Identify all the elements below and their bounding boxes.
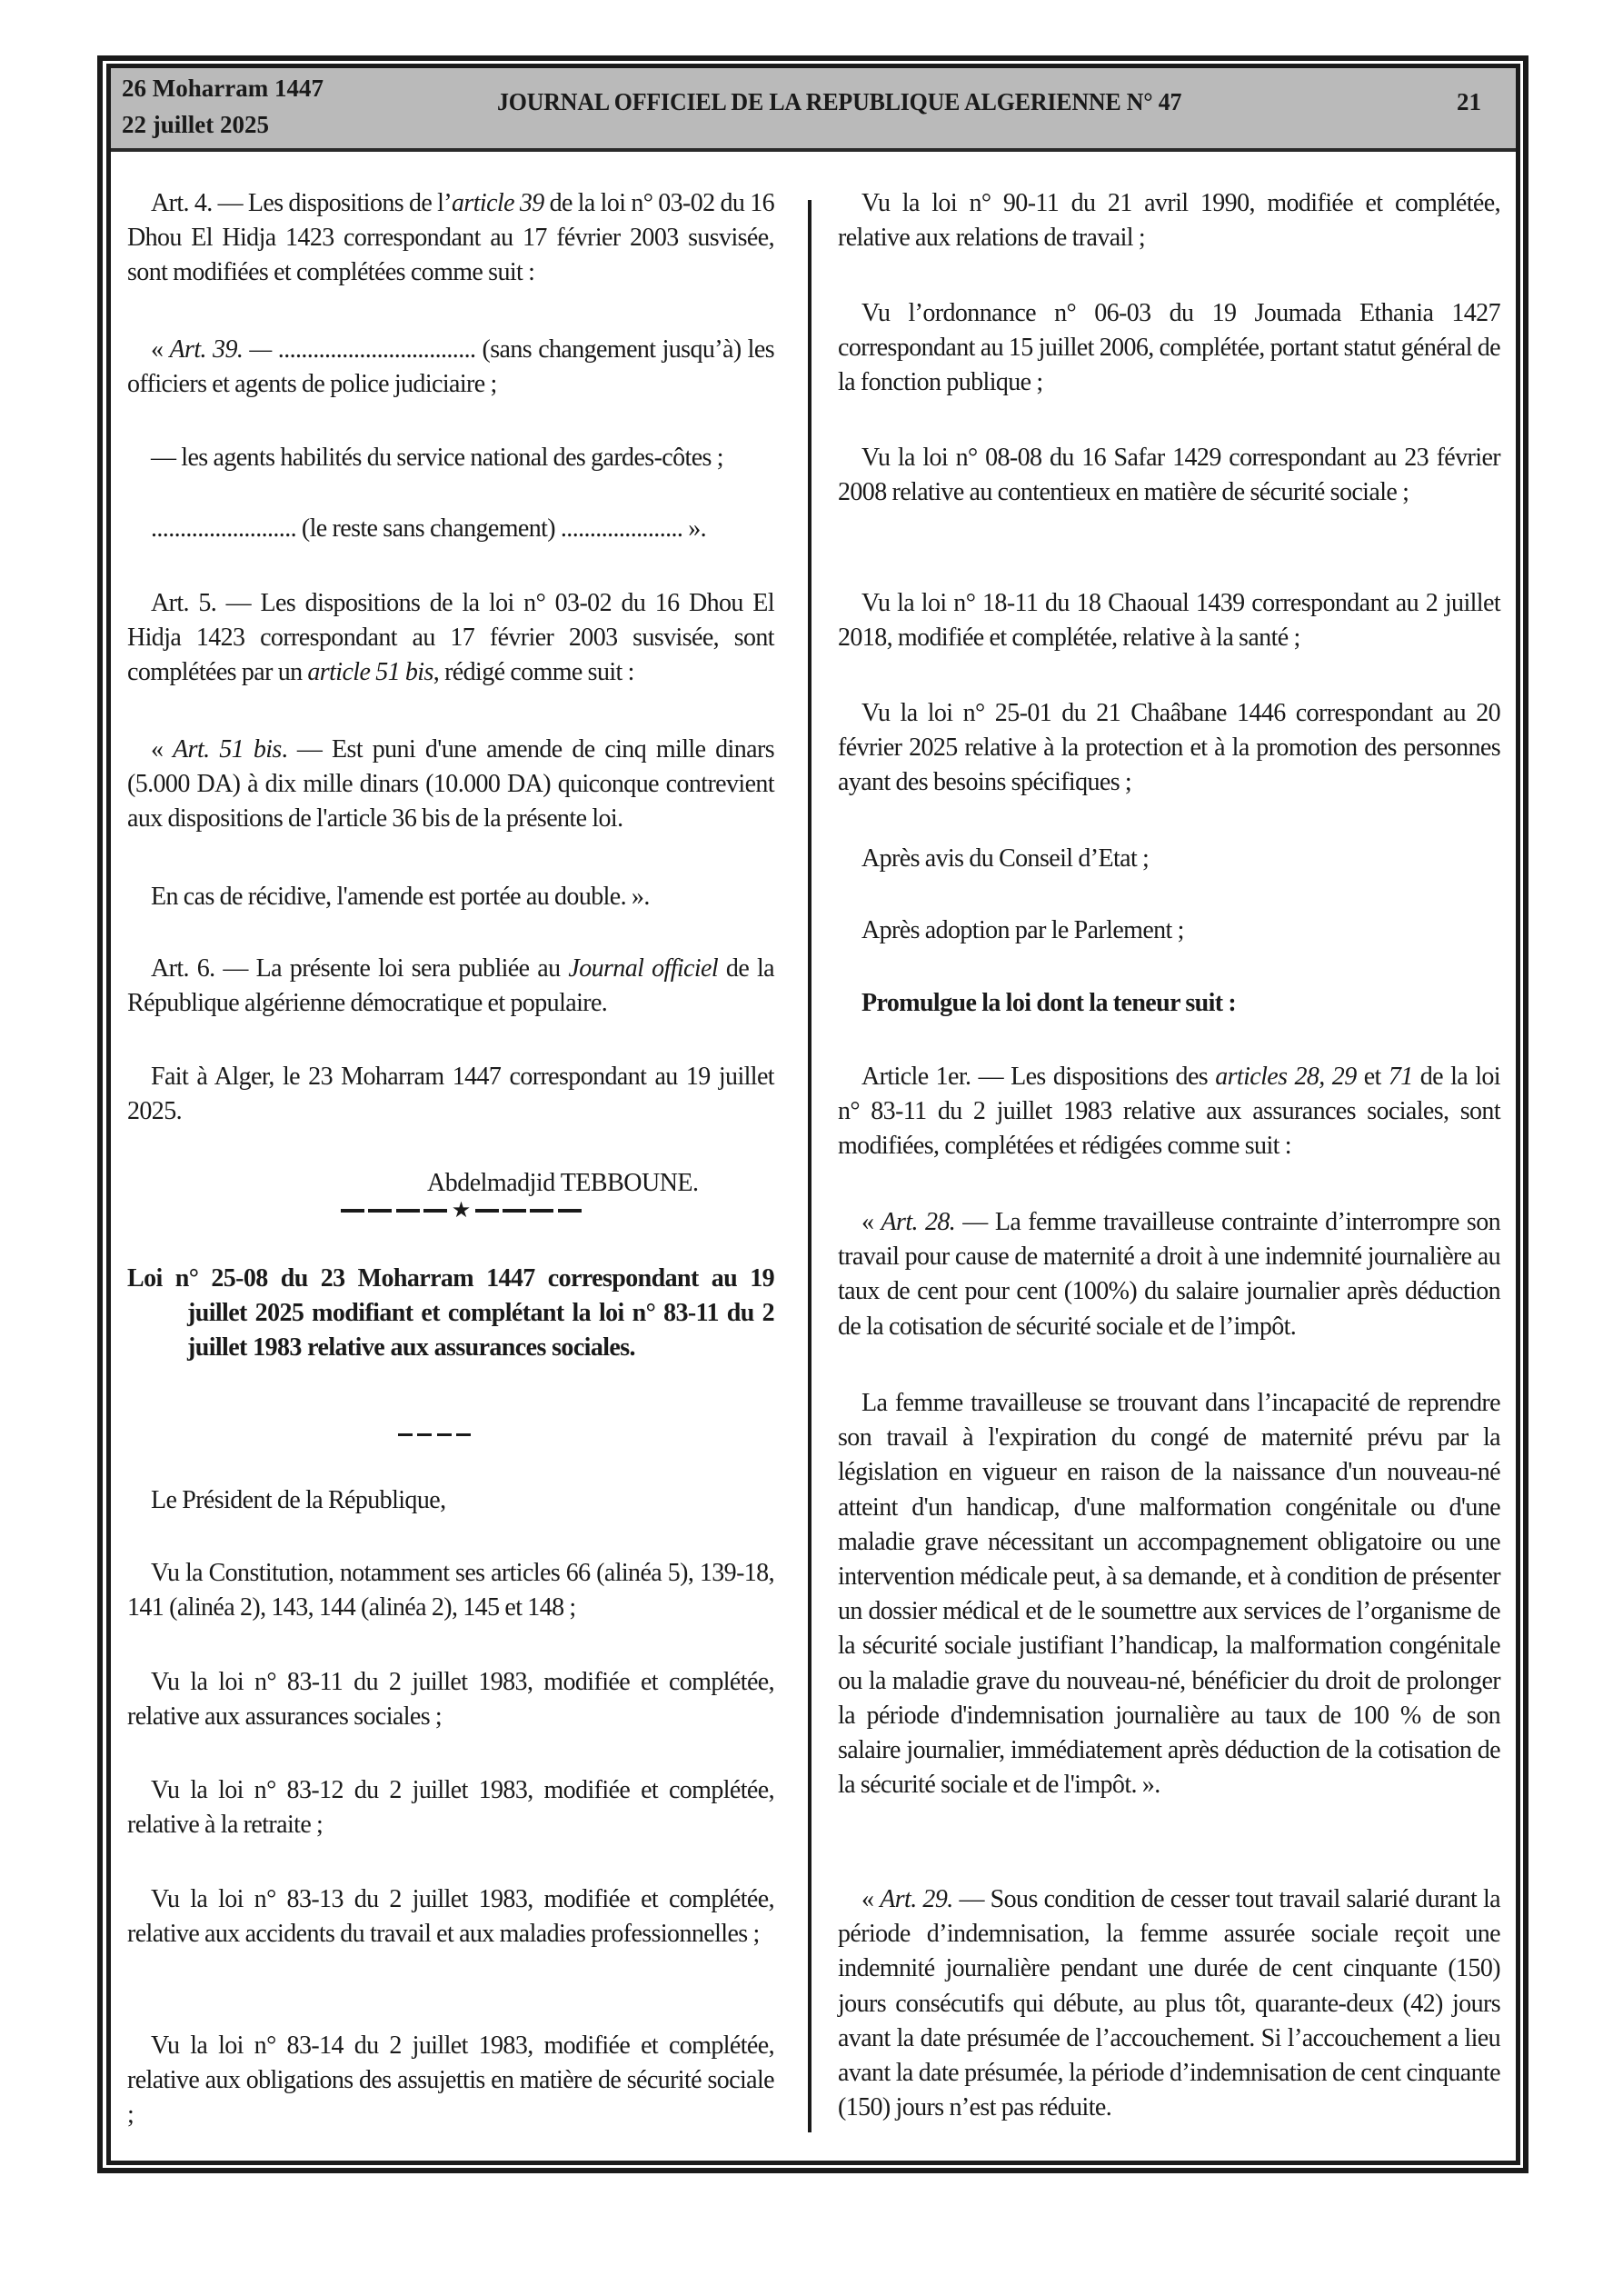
paragraph-vu-83-12: Vu la loi n° 83-12 du 2 juillet 1983, mo… [127, 1773, 774, 1842]
short-separator [398, 1433, 471, 1437]
paragraph-art28-extension: La femme travailleuse se trouvant dans l… [838, 1386, 1500, 1802]
paragraph-article-1: Article 1er. — Les dispositions des arti… [838, 1060, 1500, 1164]
paragraph-fait-a: Fait à Alger, le 23 Moharram 1447 corres… [127, 1060, 774, 1129]
paragraph-art5: Art. 5. — Les dispositions de la loi n° … [127, 586, 774, 691]
paragraph-parlement: Après adoption par le Parlement ; [838, 913, 1500, 948]
paragraph-recidive: En cas de récidive, l'amende est portée … [127, 880, 774, 914]
journal-header: 26 Moharram 1447 22 juillet 2025 JOURNAL… [111, 68, 1516, 152]
signature: Abdelmadjid TEBBOUNE. [427, 1169, 699, 1198]
paragraph-vu-08-08: Vu la loi n° 08-08 du 16 Safar 1429 corr… [838, 441, 1500, 510]
paragraph-vu-06-03: Vu l’ordonnance n° 06-03 du 19 Joumada E… [838, 296, 1500, 401]
paragraph-art39: « Art. 39. — ...........................… [127, 333, 774, 402]
paragraph-art39-rest: ......................... (le reste sans… [127, 512, 774, 546]
paragraph-vu-25-01: Vu la loi n° 25-01 du 21 Chaâbane 1446 c… [838, 696, 1500, 801]
page-number: 21 [1457, 88, 1481, 116]
paragraph-art29: « Art. 29. — Sous condition de cesser to… [838, 1882, 1500, 2125]
paragraph-vu-83-13: Vu la loi n° 83-13 du 2 juillet 1983, mo… [127, 1882, 774, 1952]
paragraph-art28: « Art. 28. — La femme travailleuse contr… [838, 1205, 1500, 1344]
journal-title: JOURNAL OFFICIEL DE LA REPUBLIQUE ALGERI… [497, 88, 1181, 116]
paragraph-art6: Art. 6. — La présente loi sera publiée a… [127, 952, 774, 1021]
paragraph-vu-constitution: Vu la Constitution, notamment ses articl… [127, 1556, 774, 1625]
paragraph-vu-18-11: Vu la loi n° 18-11 du 18 Chaoual 1439 co… [838, 586, 1500, 655]
paragraph-vu-83-11: Vu la loi n° 83-11 du 2 juillet 1983, mo… [127, 1665, 774, 1734]
column-divider [808, 200, 811, 2132]
promulgation-heading: Promulgue la loi dont la teneur suit : [838, 986, 1500, 1021]
star-separator: ★ [341, 1202, 582, 1220]
paragraph-vu-83-14: Vu la loi n° 83-14 du 2 juillet 1983, mo… [127, 2029, 774, 2133]
paragraph-art39-item: — les agents habilités du service nation… [127, 441, 774, 475]
star-icon: ★ [452, 1202, 472, 1220]
paragraph-vu-90-11: Vu la loi n° 90-11 du 21 avril 1990, mod… [838, 186, 1500, 255]
law-title: Loi n° 25-08 du 23 Moharram 1447 corresp… [127, 1262, 774, 1366]
header-gregorian-date: 22 juillet 2025 [122, 106, 269, 143]
paragraph-art51bis: « Art. 51 bis. — Est puni d'une amende d… [127, 733, 774, 837]
header-hijri-date: 26 Moharram 1447 [122, 70, 324, 106]
paragraph-president: Le Président de la République, [127, 1483, 774, 1518]
paragraph-art4: Art. 4. — Les dispositions de l’article … [127, 186, 774, 291]
paragraph-conseil-etat: Après avis du Conseil d’Etat ; [838, 842, 1500, 876]
